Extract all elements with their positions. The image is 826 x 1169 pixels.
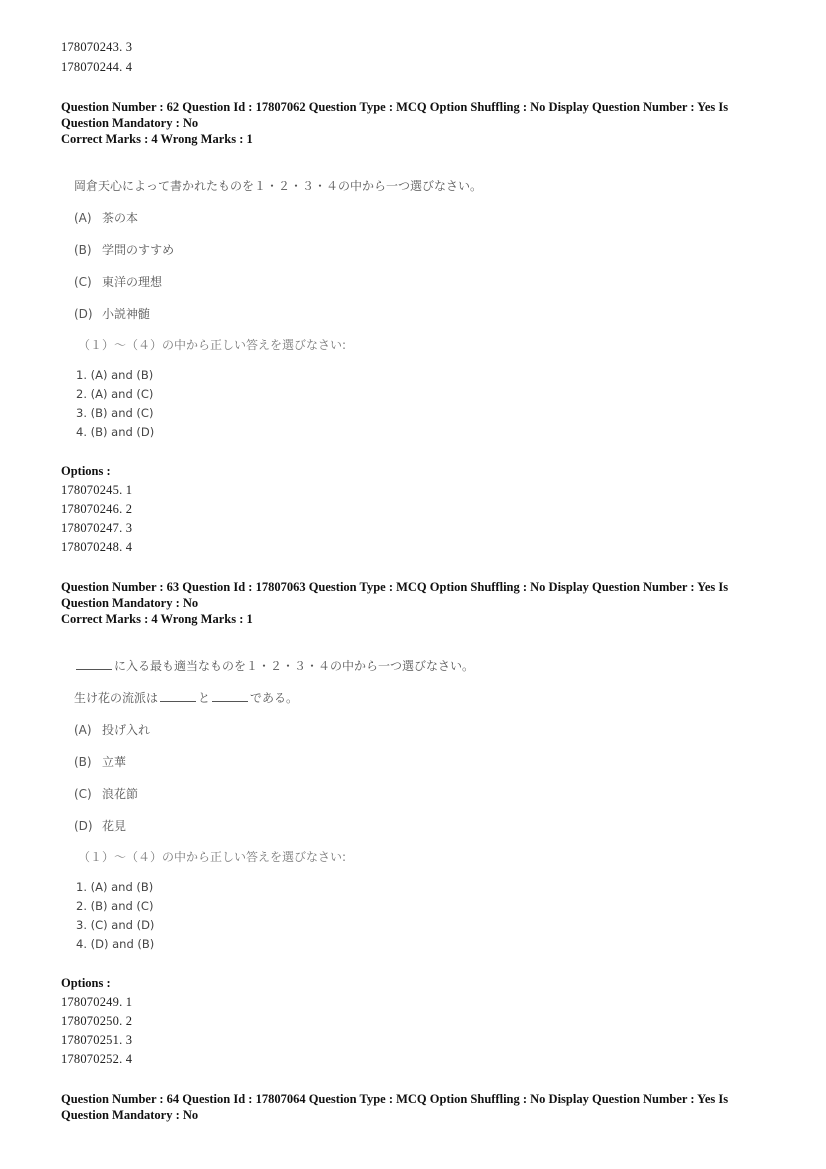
document-page: 178070243. 3 178070244. 4 Question Numbe… [0, 0, 826, 1169]
answer-item: 3. (B) and (C) [76, 406, 153, 420]
question-63-sentence: 生け花の流派はとである。 [74, 689, 298, 706]
option-line: 178070250. 2 [61, 1014, 132, 1029]
answer-item: 1. (A) and (B) [76, 368, 153, 382]
answer-item: 3. (C) and (D) [76, 918, 154, 932]
option-line: 178070252. 4 [61, 1052, 132, 1067]
fill-blank [160, 691, 196, 702]
option-line: 178070247. 3 [61, 521, 132, 536]
question-63-prompt: に入る最も適当なものを１・２・３・４の中から一つ選びなさい。 [74, 657, 474, 674]
meta-line: Question Number : 64 Question Id : 17807… [61, 1091, 761, 1107]
choice-d: (D)小説神髄 [74, 305, 150, 322]
marks-line: Correct Marks : 4 Wrong Marks : 1 [61, 611, 761, 627]
question-63-meta: Question Number : 63 Question Id : 17807… [61, 579, 761, 627]
meta-line: Question Number : 63 Question Id : 17807… [61, 579, 761, 595]
option-line: 178070243. 3 [61, 40, 132, 55]
answer-item: 4. (B) and (D) [76, 425, 154, 439]
option-line: 178070248. 4 [61, 540, 132, 555]
option-line: 178070246. 2 [61, 502, 132, 517]
meta-line: Question Mandatory : No [61, 1107, 761, 1123]
meta-line: Question Mandatory : No [61, 595, 761, 611]
answer-item: 2. (B) and (C) [76, 899, 153, 913]
option-line: 178070249. 1 [61, 995, 132, 1010]
option-line: 178070244. 4 [61, 60, 132, 75]
meta-line: Question Number : 62 Question Id : 17807… [61, 99, 761, 115]
options-heading: Options : [61, 976, 111, 991]
option-line: 178070251. 3 [61, 1033, 132, 1048]
answer-instruction: （１）～（４）の中から正しい答えを選びなさい: [78, 848, 346, 865]
choice-b: (B)立華 [74, 753, 126, 770]
choice-d: (D)花見 [74, 817, 126, 834]
question-64-meta: Question Number : 64 Question Id : 17807… [61, 1091, 761, 1123]
answer-item: 4. (D) and (B) [76, 937, 154, 951]
meta-line: Question Mandatory : No [61, 115, 761, 131]
answer-item: 1. (A) and (B) [76, 880, 153, 894]
fill-blank [76, 659, 112, 670]
choice-a: (A)茶の本 [74, 209, 138, 226]
marks-line: Correct Marks : 4 Wrong Marks : 1 [61, 131, 761, 147]
question-62-meta: Question Number : 62 Question Id : 17807… [61, 99, 761, 147]
answer-item: 2. (A) and (C) [76, 387, 153, 401]
question-62-prompt: 岡倉天心によって書かれたものを１・２・３・４の中から一つ選びなさい。 [74, 177, 482, 194]
answer-instruction: （１）～（４）の中から正しい答えを選びなさい: [78, 336, 346, 353]
options-heading: Options : [61, 464, 111, 479]
choice-c: (C)東洋の理想 [74, 273, 162, 290]
option-line: 178070245. 1 [61, 483, 132, 498]
choice-c: (C)浪花節 [74, 785, 138, 802]
fill-blank [212, 691, 248, 702]
choice-b: (B)学問のすすめ [74, 241, 174, 258]
choice-a: (A)投げ入れ [74, 721, 150, 738]
